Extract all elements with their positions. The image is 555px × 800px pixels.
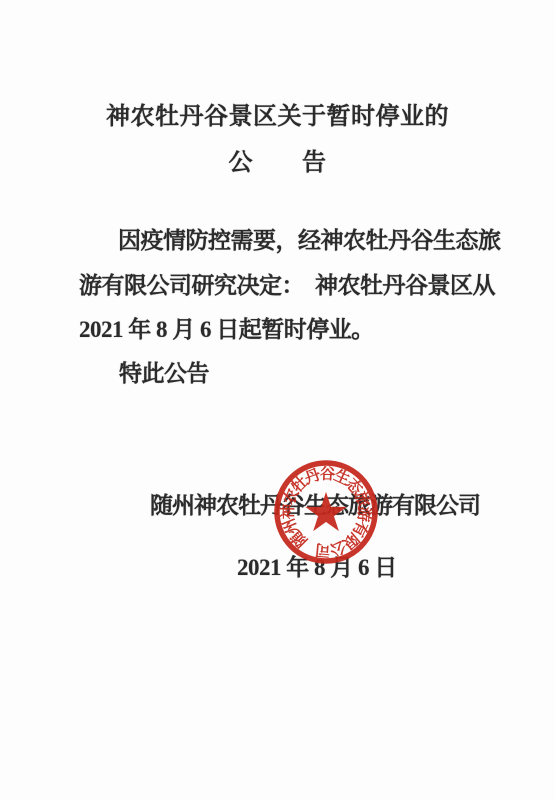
notice-body-line-2: 游有限公司研究决定： 神农牡丹谷景区从	[79, 274, 495, 297]
notice-body-line-1: 因疫情防控需要，经神农牡丹谷生态旅	[118, 229, 501, 252]
notice-title-line2: 公 告	[0, 151, 555, 175]
notice-document: 神农牡丹谷景区关于暂时停业的 公 告 因疫情防控需要，经神农牡丹谷生态旅 游有限…	[0, 0, 555, 800]
notice-body-line-3: 2021 年 8 月 6 日起暂时停业。	[79, 318, 374, 341]
notice-title-line1: 神农牡丹谷景区关于暂时停业的	[0, 105, 555, 129]
seal-char: 司	[314, 540, 331, 560]
star-icon: ★	[304, 487, 347, 540]
company-seal-stamp: ★ 随州神农牡丹谷生态旅游有限公司	[263, 449, 389, 575]
notice-closing: 特此公告	[119, 362, 209, 385]
